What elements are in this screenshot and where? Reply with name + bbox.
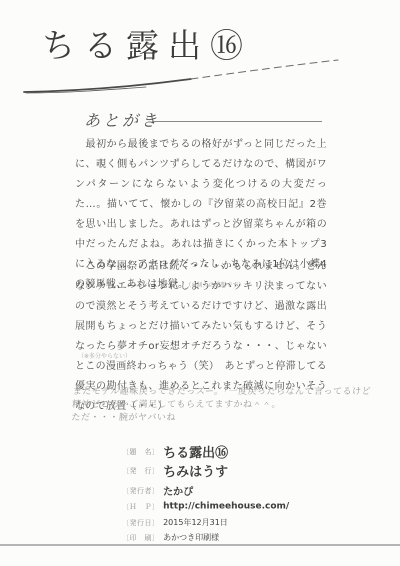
handwritten-note: またモデル趣味戻ってきたっスー。「一度戻ったらなんて言ってるけど 精神どころかご… xyxy=(71,386,338,425)
afterword-heading: あとがき xyxy=(84,108,160,131)
colophon-label: 〔発行日〕 xyxy=(122,518,158,528)
colophon-url: http://chimeehouse.com/ xyxy=(163,502,289,512)
colophon-label: 〔印 刷〕 xyxy=(122,533,158,543)
colophon-label: 〔発 行〕 xyxy=(122,466,158,476)
colophon-value: 2015年12月31日 xyxy=(163,518,228,527)
colophon-value: ちる露出⑯ xyxy=(163,446,228,461)
afterword-page: ちる露出⑯ あとがき 最初から最後までちるの格好がずっと同じだった上に、覗く側も… xyxy=(0,0,400,566)
colophon-value: ちみはうす xyxy=(163,465,228,480)
colophon-label: 〔発行者〕 xyxy=(122,486,158,496)
colophon-label: 〔Ｈ Ｐ〕 xyxy=(122,502,158,512)
colophon-label: 〔題 名〕 xyxy=(122,447,158,457)
brush-underline xyxy=(16,50,346,98)
colophon-row-publisher: 〔発 行〕 ちみはうす xyxy=(122,460,228,480)
handwritten-line-1: またモデル趣味戻ってきたっスー。「一度戻ったらなんて言ってるけど xyxy=(72,386,338,399)
handwritten-line-3: ただ・・・腕がヤバいね xyxy=(71,412,337,425)
handwritten-line-2: 精神どころかご満足してもらえてますかね＾＾。 xyxy=(72,399,338,412)
paragraph-2-small-note: （※多分やらない） xyxy=(78,351,131,360)
bottom-rule xyxy=(0,544,400,546)
heading-rule xyxy=(152,121,322,122)
colophon-row-title: 〔題 名〕 ちる露出⑯ xyxy=(122,441,228,461)
colophon-value: あかつき印刷様 xyxy=(163,533,219,542)
